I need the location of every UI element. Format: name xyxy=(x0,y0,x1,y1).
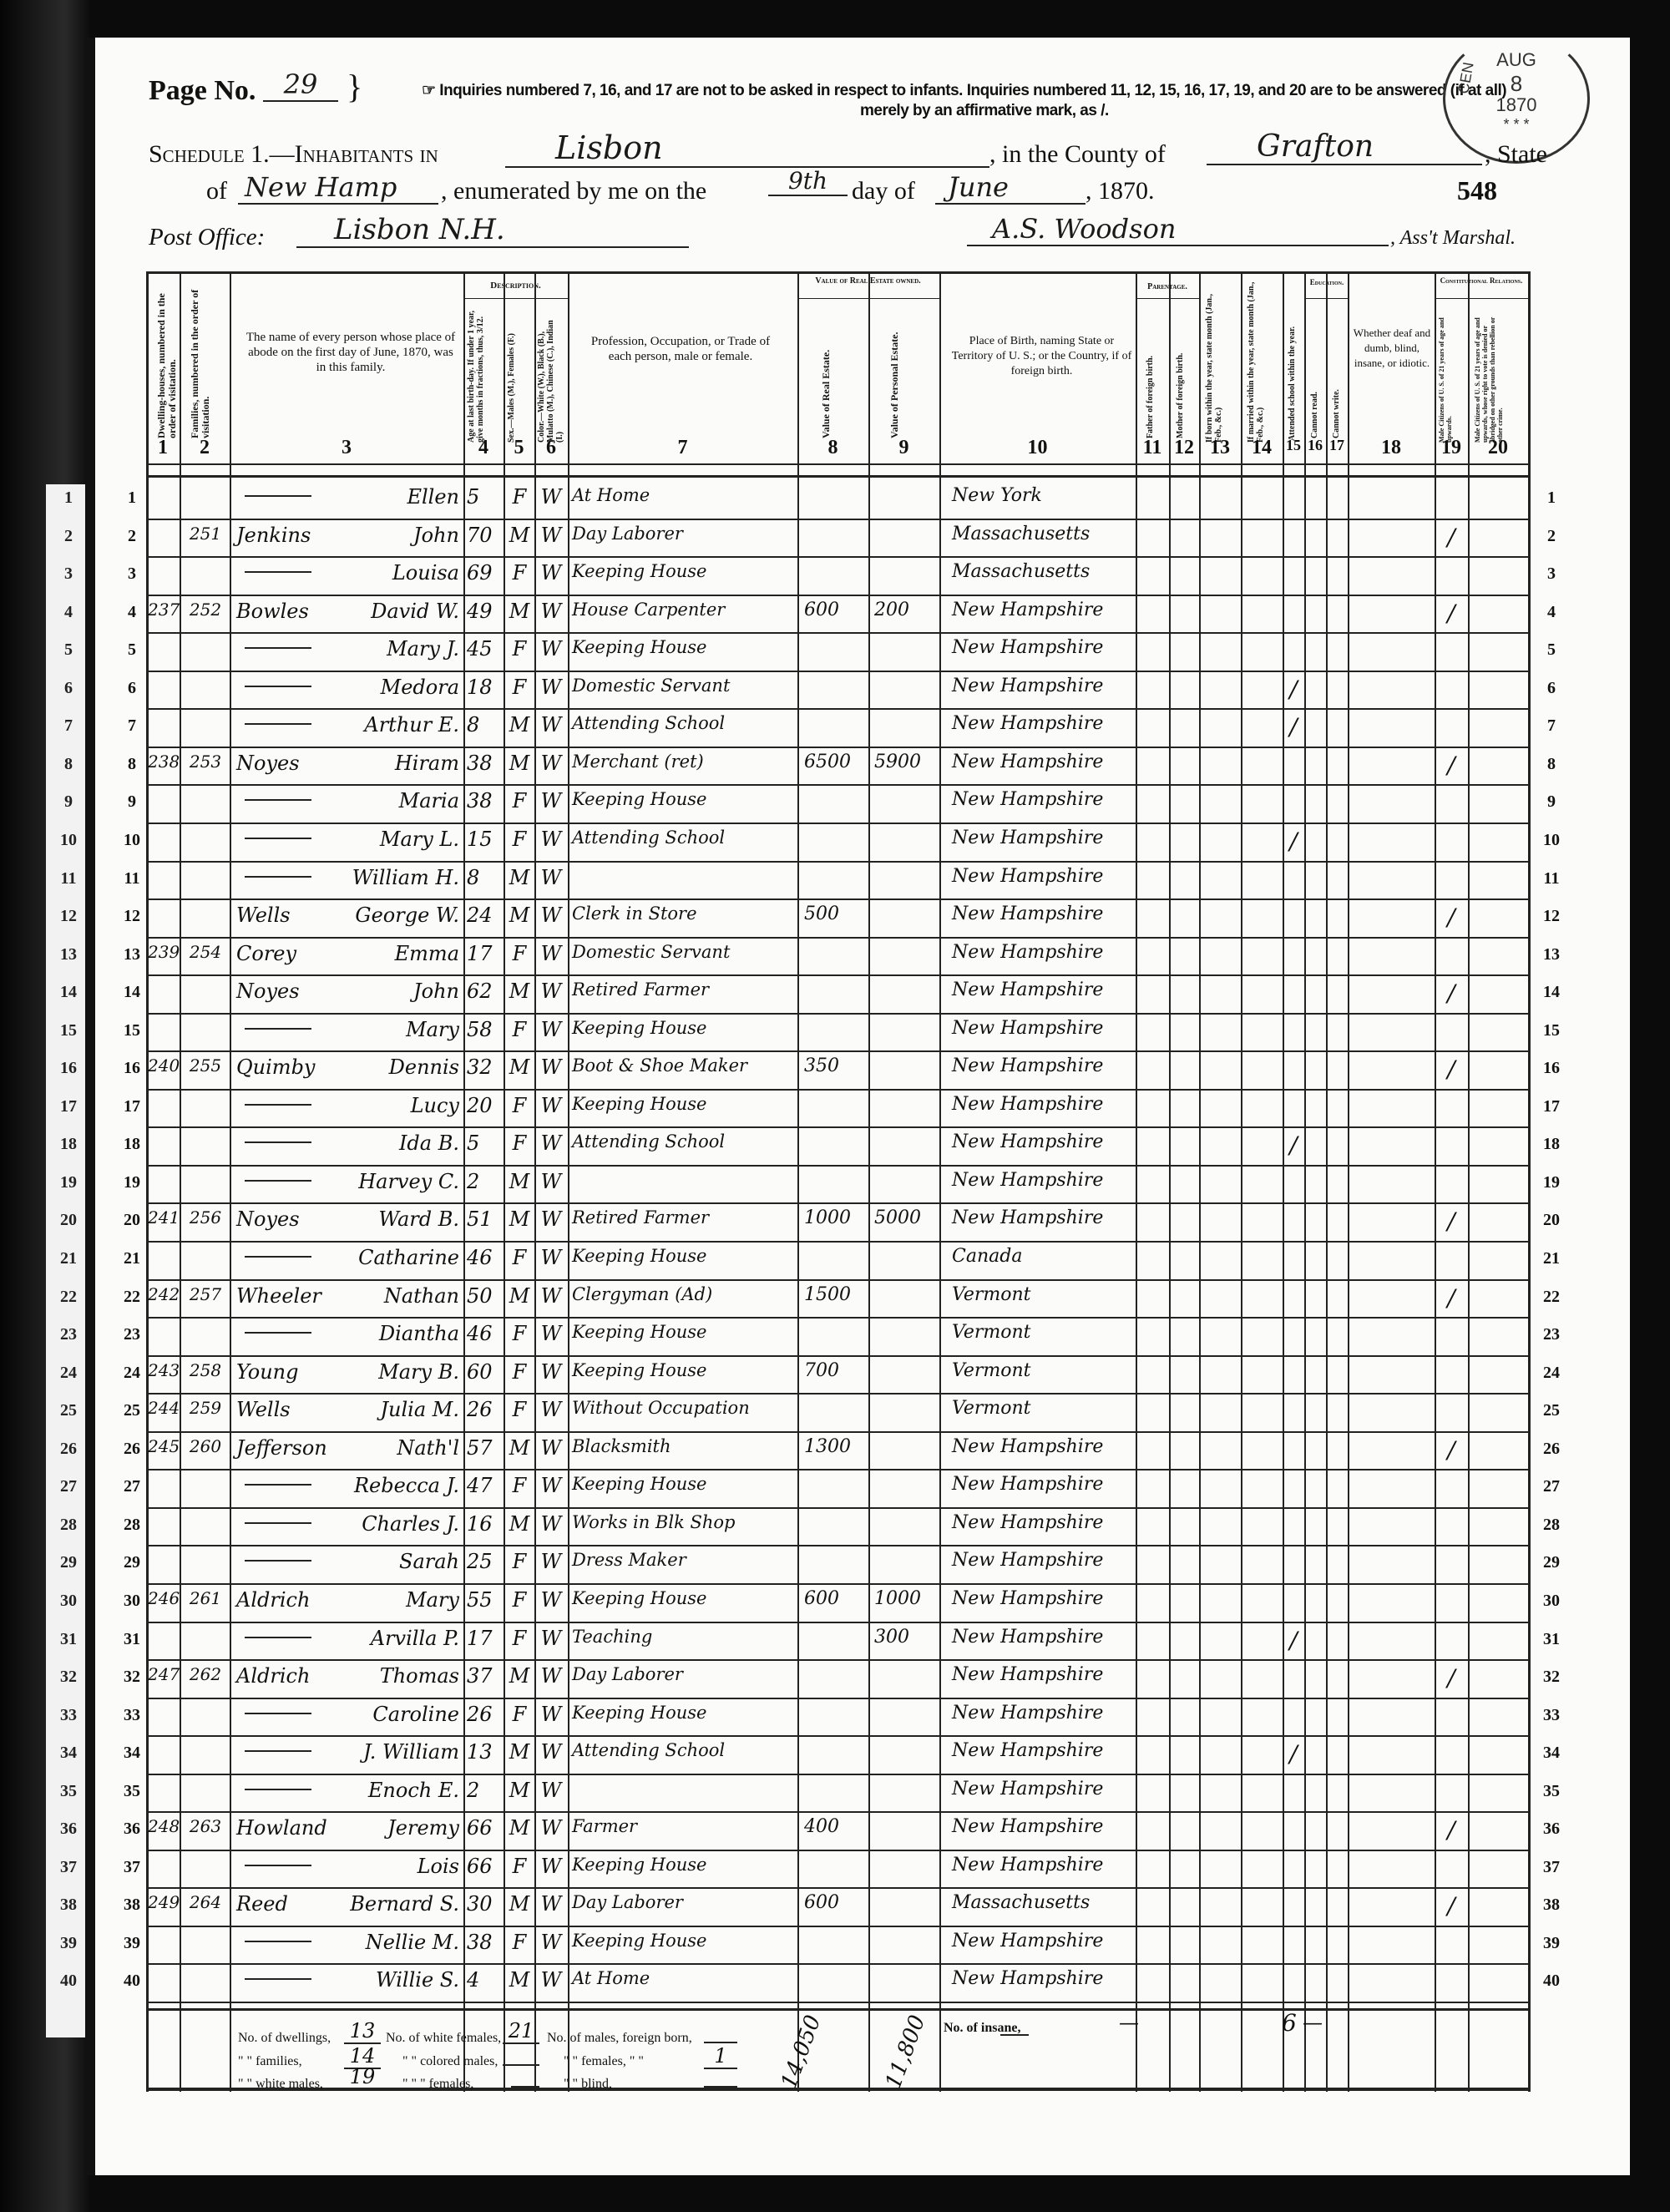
given-name: Jeremy xyxy=(387,1816,459,1840)
line-number: 6 xyxy=(1535,679,1568,698)
census-table: Dwelling-houses, numbered in the order o… xyxy=(146,271,1528,2092)
line-number: 3 xyxy=(1535,564,1568,584)
line-number: 36 xyxy=(1535,1820,1568,1839)
column-divider xyxy=(1528,271,1531,2092)
line-number: 40 xyxy=(115,1972,149,1991)
foreign-males-label: No. of males, foreign born, xyxy=(547,2031,692,2046)
parentage-group-rule xyxy=(1136,298,1199,299)
age: 38 xyxy=(467,789,502,812)
line-number: 18 xyxy=(52,1135,85,1154)
line-number: 17 xyxy=(52,1097,85,1116)
line-number: 38 xyxy=(52,1896,85,1915)
sex: M xyxy=(505,1284,534,1308)
line-number: 32 xyxy=(115,1668,149,1687)
insane-count xyxy=(1000,2021,1029,2036)
line-number: 15 xyxy=(52,1021,85,1040)
line-number: 32 xyxy=(52,1668,85,1687)
ditto-surname-dash xyxy=(245,571,311,573)
line-number: 15 xyxy=(1535,1021,1568,1040)
color: W xyxy=(536,789,566,812)
line-number: 29 xyxy=(115,1553,149,1572)
occupation: Day Laborer xyxy=(572,524,796,544)
sex: M xyxy=(505,1779,534,1802)
male-citizen-mark: / xyxy=(1436,600,1466,627)
white-males-label: " " white males, xyxy=(238,2077,323,2092)
surname: Aldrich xyxy=(236,1588,310,1612)
male-citizen-mark: / xyxy=(1436,1664,1466,1692)
line-number: 1 xyxy=(52,488,85,508)
real-estate-value: 600 xyxy=(804,1588,867,1609)
line-number: 30 xyxy=(52,1592,85,1611)
sex: M xyxy=(505,1512,534,1536)
occupation: House Carpenter xyxy=(572,600,796,620)
birthplace: Vermont xyxy=(952,1398,1136,1419)
county-label: , in the County of xyxy=(989,140,1166,169)
color: W xyxy=(536,828,566,851)
column-number-6: 6 xyxy=(534,437,568,459)
enumeration-month: June xyxy=(935,171,1085,205)
line-number: 22 xyxy=(115,1288,149,1307)
birthplace: New Hampshire xyxy=(952,1436,1136,1457)
sex: M xyxy=(505,1055,534,1079)
birthplace: New Hampshire xyxy=(952,979,1136,1000)
sex: F xyxy=(505,1322,534,1345)
color: W xyxy=(536,1322,566,1345)
line-number: 38 xyxy=(115,1896,149,1915)
family-number: 254 xyxy=(181,942,230,962)
occupation: Domestic Servant xyxy=(572,676,796,696)
occupation: Day Laborer xyxy=(572,1892,796,1912)
given-name: John xyxy=(413,979,459,1003)
given-name: George W. xyxy=(355,904,459,927)
row-divider xyxy=(146,1811,1528,1813)
line-number: 19 xyxy=(52,1173,85,1192)
line-number: 16 xyxy=(1535,1059,1568,1078)
town-name: Lisbon xyxy=(505,129,989,168)
surname: Jenkins xyxy=(236,524,311,547)
line-number: 36 xyxy=(115,1820,149,1839)
row-divider xyxy=(146,556,1528,558)
line-number: 31 xyxy=(115,1630,149,1649)
schedule-label: Schedule 1.—Inhabitants in xyxy=(149,140,438,169)
sex: F xyxy=(505,561,534,585)
given-name: Louisa xyxy=(392,561,459,585)
occupation: Keeping House xyxy=(572,1322,796,1342)
line-number: 9 xyxy=(52,792,85,812)
line-number: 33 xyxy=(1535,1706,1568,1725)
color: W xyxy=(536,1664,566,1688)
row-divider xyxy=(146,1393,1528,1395)
foreign-females-label: " " females, " " xyxy=(564,2054,644,2069)
male-citizen-mark: / xyxy=(1436,1284,1466,1312)
line-number: 40 xyxy=(52,1972,85,1991)
family-number: 252 xyxy=(181,600,230,620)
dwelling-number: 248 xyxy=(148,1816,180,1836)
col4-header: Age at last birth-day. If under 1 year, … xyxy=(467,309,485,443)
scan-right-edge xyxy=(1632,0,1670,2212)
occupation: Keeping House xyxy=(572,561,796,581)
column-divider xyxy=(1283,271,1284,2092)
state-name: New Hamp xyxy=(238,171,438,205)
age: 66 xyxy=(467,1816,502,1840)
line-number: 4 xyxy=(1535,603,1568,622)
family-number: 262 xyxy=(181,1664,230,1684)
color: W xyxy=(536,1512,566,1536)
age: 24 xyxy=(467,904,502,927)
given-name: Julia M. xyxy=(380,1398,459,1421)
line-number: 25 xyxy=(1535,1401,1568,1420)
row-divider xyxy=(146,937,1528,939)
birthplace: New Hampshire xyxy=(952,942,1136,963)
line-number: 22 xyxy=(52,1288,85,1307)
age: 25 xyxy=(467,1550,502,1573)
row-divider xyxy=(146,1050,1528,1052)
column-number-8: 8 xyxy=(797,437,868,459)
page-brace: } xyxy=(347,67,362,106)
surname: Aldrich xyxy=(236,1664,310,1688)
personal-estate-value: 5900 xyxy=(874,752,938,772)
description-group-rule xyxy=(463,298,569,299)
line-number: 5 xyxy=(1535,640,1568,660)
line-number: 4 xyxy=(52,603,85,622)
given-name: Lois xyxy=(417,1855,459,1878)
birthplace: New Hampshire xyxy=(952,1055,1136,1076)
family-number: 258 xyxy=(181,1360,230,1380)
age: 4 xyxy=(467,1968,502,1992)
family-number: 251 xyxy=(181,524,230,544)
col9-header: Value of Personal Estate. xyxy=(889,321,900,438)
attended-school-mark: / xyxy=(1283,1131,1303,1159)
row-divider xyxy=(146,1850,1528,1851)
line-number: 23 xyxy=(1535,1325,1568,1344)
given-name: J. William xyxy=(363,1740,459,1764)
col19-header: Male Citizens of U. S. of 21 years of ag… xyxy=(1438,309,1453,443)
ditto-surname-dash xyxy=(245,1141,311,1143)
given-name: Mary xyxy=(406,1018,459,1041)
birthplace: New Hampshire xyxy=(952,904,1136,924)
colored-females-label: " " " females, xyxy=(402,2077,473,2092)
row-divider xyxy=(146,1507,1528,1509)
color: W xyxy=(536,752,566,775)
column-number-12: 12 xyxy=(1169,437,1199,459)
sex: F xyxy=(505,1246,534,1269)
color: W xyxy=(536,600,566,623)
age: 26 xyxy=(467,1703,502,1726)
given-name: Arthur E. xyxy=(364,713,459,736)
line-number: 11 xyxy=(115,869,149,888)
birthplace: New Hampshire xyxy=(952,1703,1136,1724)
column-number-4: 4 xyxy=(463,437,504,459)
line-number: 35 xyxy=(1535,1782,1568,1801)
line-number: 6 xyxy=(52,679,85,698)
column-number-5: 5 xyxy=(504,437,534,459)
column-number-13: 13 xyxy=(1199,437,1241,459)
color: W xyxy=(536,1892,566,1916)
line-number: 34 xyxy=(1535,1744,1568,1763)
dwelling-number: 240 xyxy=(148,1055,180,1076)
age: 2 xyxy=(467,1779,502,1802)
line-number: 33 xyxy=(52,1706,85,1725)
given-name: Rebecca J. xyxy=(354,1474,459,1497)
birthplace: Vermont xyxy=(952,1360,1136,1381)
row-divider xyxy=(146,519,1528,520)
dwelling-number: 249 xyxy=(148,1892,180,1912)
column-number-9: 9 xyxy=(868,437,939,459)
line-number: 39 xyxy=(115,1934,149,1953)
given-name: Harvey C. xyxy=(358,1170,459,1193)
post-office-label: Post Office: xyxy=(149,224,265,251)
row-divider xyxy=(146,1659,1528,1661)
ditto-surname-dash xyxy=(245,1789,311,1790)
color: W xyxy=(536,942,566,965)
column-divider xyxy=(1304,271,1306,2092)
birthplace: New Hampshire xyxy=(952,1931,1136,1951)
birthplace: New Hampshire xyxy=(952,752,1136,772)
line-number: 23 xyxy=(52,1325,85,1344)
col7-header: Profession, Occupation, or Trade of each… xyxy=(589,334,772,364)
line-number: 33 xyxy=(115,1706,149,1725)
color: W xyxy=(536,1816,566,1840)
family-number: 261 xyxy=(181,1588,230,1608)
family-number: 255 xyxy=(181,1055,230,1076)
line-number: 10 xyxy=(115,831,149,850)
color: W xyxy=(536,637,566,661)
line-number: 35 xyxy=(115,1782,149,1801)
given-name: Hiram xyxy=(395,752,459,775)
dwelling-number: 238 xyxy=(148,752,180,772)
line-number: 21 xyxy=(1535,1249,1568,1268)
school-attendance-total: 6 xyxy=(1282,2009,1297,2037)
birthplace: New Hampshire xyxy=(952,1779,1136,1799)
row-divider xyxy=(146,1355,1528,1357)
birthplace: New Hampshire xyxy=(952,1170,1136,1191)
given-name: Bernard S. xyxy=(350,1892,459,1916)
birthplace: New Hampshire xyxy=(952,789,1136,810)
line-number: 8 xyxy=(1535,755,1568,774)
real-estate-value: 350 xyxy=(804,1055,867,1076)
age: 38 xyxy=(467,1931,502,1954)
sex: F xyxy=(505,1474,534,1497)
given-name: Arvilla P. xyxy=(371,1627,459,1650)
column-divider xyxy=(939,271,941,2092)
occupation: Keeping House xyxy=(572,1474,796,1494)
line-number: 20 xyxy=(1535,1211,1568,1230)
line-number: 25 xyxy=(115,1401,149,1420)
male-citizen-mark: / xyxy=(1436,1892,1466,1920)
line-number: 13 xyxy=(52,945,85,964)
column-number-16: 16 xyxy=(1304,437,1326,454)
given-name: Dennis xyxy=(389,1055,459,1079)
dwellings-label: No. of dwellings, xyxy=(238,2031,331,2046)
col16-summary-dash: — xyxy=(1303,2011,1323,2034)
sex: M xyxy=(505,713,534,736)
line-number: 3 xyxy=(52,564,85,584)
dwelling-number: 241 xyxy=(148,1207,180,1227)
age: 17 xyxy=(467,942,502,965)
color: W xyxy=(536,1931,566,1954)
col2-header: Families, numbered in the order of visit… xyxy=(190,288,211,438)
line-number: 1 xyxy=(115,488,149,508)
surname: Corey xyxy=(236,942,296,965)
occupation: At Home xyxy=(572,1968,796,1988)
row-divider xyxy=(146,898,1528,900)
column-divider xyxy=(1348,271,1349,2092)
birthplace: New Hampshire xyxy=(952,713,1136,734)
surname: Quimby xyxy=(236,1055,316,1079)
dwelling-number: 239 xyxy=(148,942,180,962)
dwelling-number: 246 xyxy=(148,1588,180,1608)
line-number: 8 xyxy=(52,755,85,774)
row-divider xyxy=(146,1469,1528,1470)
line-number: 7 xyxy=(1535,716,1568,736)
line-number: 27 xyxy=(115,1477,149,1496)
color: W xyxy=(536,485,566,509)
surname: Noyes xyxy=(236,1207,300,1231)
given-name: Ida B. xyxy=(399,1131,459,1155)
male-citizen-mark: / xyxy=(1436,752,1466,779)
real-estate-value: 400 xyxy=(804,1816,867,1837)
color: W xyxy=(536,1170,566,1193)
ditto-surname-dash xyxy=(245,1522,311,1524)
color: W xyxy=(536,1094,566,1117)
birthplace: New Hampshire xyxy=(952,637,1136,658)
occupation: Keeping House xyxy=(572,1094,796,1114)
sex: F xyxy=(505,676,534,699)
line-number: 13 xyxy=(115,945,149,964)
birthplace: New Hampshire xyxy=(952,1512,1136,1533)
state-label: , State xyxy=(1485,140,1547,169)
color: W xyxy=(536,561,566,585)
ditto-surname-dash xyxy=(245,799,311,801)
line-number: 25 xyxy=(52,1401,85,1420)
birthplace: New Hampshire xyxy=(952,1855,1136,1875)
col3-header: The name of every person whose place of … xyxy=(242,330,459,375)
line-number: 14 xyxy=(1535,983,1568,1002)
given-name: William H. xyxy=(352,866,459,889)
color: W xyxy=(536,866,566,889)
table-top-rule xyxy=(146,271,1528,274)
line-number: 7 xyxy=(115,716,149,736)
line-number: 30 xyxy=(115,1592,149,1611)
color: W xyxy=(536,1131,566,1155)
line-number: 21 xyxy=(115,1249,149,1268)
blind-label: " " blind, xyxy=(564,2077,612,2092)
row-divider xyxy=(146,1279,1528,1281)
row-divider xyxy=(146,595,1528,596)
given-name: John xyxy=(413,524,459,547)
line-number: 8 xyxy=(115,755,149,774)
col12-header: Mother of foreign birth. xyxy=(1175,309,1186,438)
dwelling-number: 242 xyxy=(148,1284,180,1304)
birthplace: New Hampshire xyxy=(952,1474,1136,1495)
male-citizen-mark: / xyxy=(1436,904,1466,931)
birthplace: New Hampshire xyxy=(952,1588,1136,1609)
white-females-label: No. of white females, xyxy=(386,2031,501,2046)
line-number: 17 xyxy=(1535,1097,1568,1116)
given-name: Nathan xyxy=(384,1284,459,1308)
occupation: Dress Maker xyxy=(572,1550,796,1570)
personal-estate-value: 200 xyxy=(874,600,938,620)
birthplace: New Hampshire xyxy=(952,1207,1136,1228)
col17-header: Cannot write. xyxy=(1331,338,1342,438)
sex: F xyxy=(505,1703,534,1726)
personal-estate-value: 1000 xyxy=(874,1588,938,1609)
given-name: Lucy xyxy=(411,1094,459,1117)
day-of-label: day of xyxy=(852,177,915,205)
line-number: 12 xyxy=(115,907,149,926)
occupation: Attending School xyxy=(572,713,796,733)
birthplace: New Hampshire xyxy=(952,1094,1136,1115)
line-number: 36 xyxy=(52,1820,85,1839)
surname: Young xyxy=(236,1360,298,1384)
dwelling-number: 243 xyxy=(148,1360,180,1380)
column-divider xyxy=(1169,271,1171,2092)
line-number: 39 xyxy=(1535,1934,1568,1953)
column-divider xyxy=(1136,271,1137,2092)
birthplace: New Hampshire xyxy=(952,1550,1136,1571)
family-number: 256 xyxy=(181,1207,230,1227)
given-name: Mary L. xyxy=(380,828,459,851)
row-divider xyxy=(146,671,1528,672)
row-divider xyxy=(146,1202,1528,1204)
given-name: Diantha xyxy=(379,1322,459,1345)
line-number: 15 xyxy=(115,1021,149,1040)
column-divider xyxy=(797,271,799,2092)
family-number: 260 xyxy=(181,1436,230,1456)
row-divider xyxy=(146,1089,1528,1091)
page-number-label: Page No. xyxy=(149,75,256,107)
line-number: 28 xyxy=(52,1516,85,1535)
age: 58 xyxy=(467,1018,502,1041)
sex: F xyxy=(505,1855,534,1878)
given-name: Catharine xyxy=(358,1246,459,1269)
birthplace: New Hampshire xyxy=(952,866,1136,887)
attended-school-mark: / xyxy=(1283,713,1303,741)
birthplace: Massachusetts xyxy=(952,1892,1136,1913)
header-bottom-rule xyxy=(146,463,1528,465)
col20-header: Male Citizens of U. S. of 21 years of ag… xyxy=(1474,309,1504,443)
line-number: 26 xyxy=(115,1440,149,1459)
line-number: 16 xyxy=(115,1059,149,1078)
enumeration-day: 9th xyxy=(768,167,848,196)
row-divider xyxy=(146,1165,1528,1167)
row-divider xyxy=(146,1317,1528,1319)
line-number: 18 xyxy=(1535,1135,1568,1154)
sex: M xyxy=(505,1740,534,1764)
age: 2 xyxy=(467,1170,502,1193)
color: W xyxy=(536,1779,566,1802)
row-divider xyxy=(146,747,1528,748)
real-estate-value: 1000 xyxy=(804,1207,867,1228)
instruction-line-2: merely by an affirmative mark, as /. xyxy=(860,102,1109,120)
line-number: 20 xyxy=(115,1211,149,1230)
col16-header: Cannot read. xyxy=(1309,338,1320,438)
given-name: Mary J. xyxy=(387,637,459,661)
occupation: Teaching xyxy=(572,1627,796,1647)
ditto-surname-dash xyxy=(245,1484,311,1486)
col6-header: Color.—White (W.), Black (B.), Mulatto (… xyxy=(537,309,564,443)
surname: Reed xyxy=(236,1892,288,1916)
line-number: 26 xyxy=(52,1440,85,1459)
color: W xyxy=(536,1474,566,1497)
age: 18 xyxy=(467,676,502,699)
column-divider xyxy=(868,271,870,2092)
ditto-surname-dash xyxy=(245,1560,311,1562)
family-number: 253 xyxy=(181,752,230,772)
sex: F xyxy=(505,485,534,509)
column-number-7: 7 xyxy=(568,437,797,459)
birthplace: Canada xyxy=(952,1246,1136,1267)
